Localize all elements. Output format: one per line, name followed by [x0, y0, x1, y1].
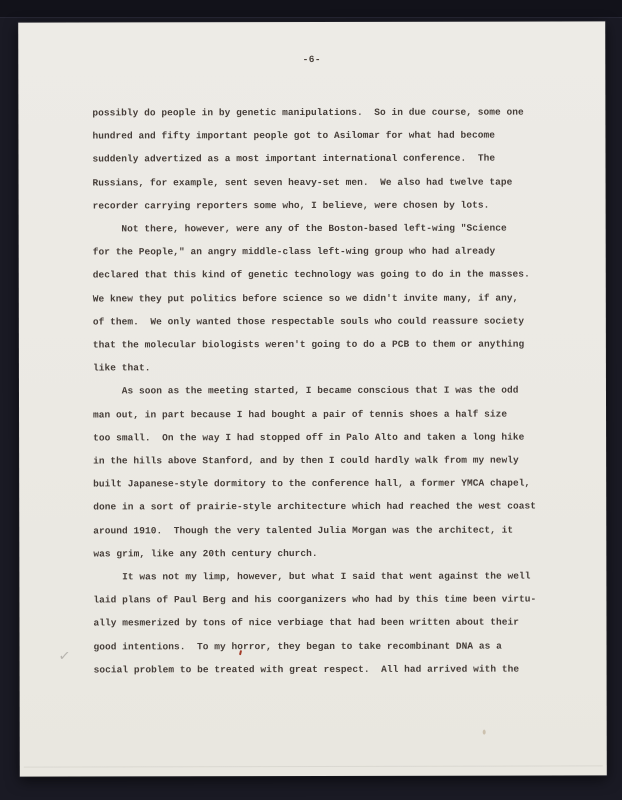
- text-line: good intentions. To my horror, they bega…: [93, 634, 536, 658]
- paper-blemish: [483, 730, 486, 735]
- text-line: We knew they put politics before science…: [93, 286, 536, 310]
- text-line: laid plans of Paul Berg and his coorgani…: [93, 588, 536, 612]
- document-lines: possibly do people in by genetic manipul…: [92, 101, 536, 682]
- text-line: built Japanese-style dormitory to the co…: [93, 472, 536, 496]
- text-line: Not there, however, were any of the Bost…: [93, 217, 536, 241]
- text-line: hundred and fifty important people got t…: [92, 124, 535, 148]
- text-line: that the molecular biologists weren't go…: [93, 333, 536, 357]
- text-line: ally mesmerized by tons of nice verbiage…: [93, 611, 536, 635]
- checkmark-annotation: ✓: [58, 648, 71, 665]
- text-line: for the People," an angry middle-class l…: [93, 240, 536, 264]
- text-line: social problem to be treated with great …: [94, 657, 537, 681]
- text-line: declared that this kind of genetic techn…: [93, 263, 536, 287]
- text-line: possibly do people in by genetic manipul…: [92, 101, 535, 125]
- text-line: man out, in part because I had bought a …: [93, 402, 536, 426]
- page-number: -6-: [18, 53, 605, 65]
- text-line: As soon as the meeting started, I became…: [93, 379, 536, 403]
- text-line: in the hills above Stanford, and by then…: [93, 449, 536, 473]
- text-line: done in a sort of prairie-style architec…: [93, 495, 536, 519]
- text-line: suddenly advertized as a most important …: [92, 147, 535, 171]
- text-line: too small. On the way I had stopped off …: [93, 425, 536, 449]
- text-line: was grim, like any 20th century church.: [93, 541, 536, 565]
- text-line: recorder carrying reporters some who, I …: [93, 193, 536, 217]
- text-line: around 1910. Though the very talented Ju…: [93, 518, 536, 542]
- text-line: like that.: [93, 356, 536, 380]
- text-line: Russians, for example, sent seven heavy-…: [93, 170, 536, 194]
- text-line: It was not my limp, however, but what I …: [93, 565, 536, 589]
- background-seam: [0, 0, 622, 18]
- text-line: of them. We only wanted those respectabl…: [93, 309, 536, 333]
- document-page: -6- possibly do people in by genetic man…: [18, 21, 607, 776]
- photo-background: -6- possibly do people in by genetic man…: [0, 0, 622, 800]
